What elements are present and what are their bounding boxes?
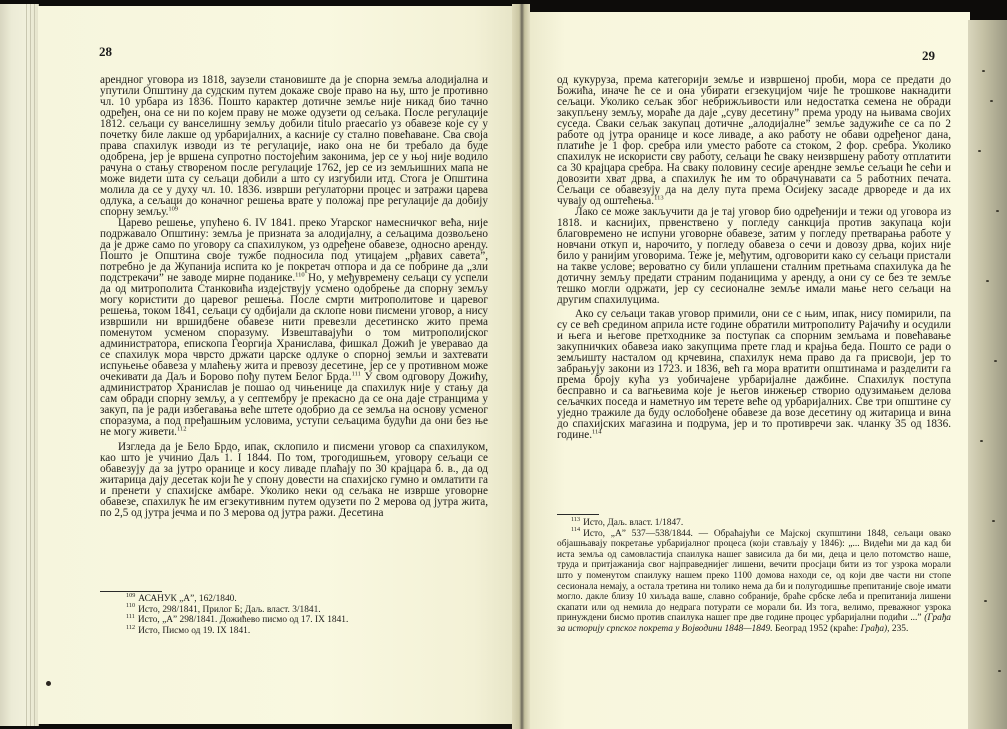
footnote-111: 111Исто, „А” 298/1841. Дожићево писмо од…	[126, 615, 486, 626]
left-page-stack-edge	[0, 4, 39, 726]
footnote-109: 109АСАНУК „А”, 162/1840.	[126, 594, 486, 605]
footnote-text: Исто, „А” 298/1841. Дожићево писмо од 17…	[138, 615, 349, 625]
footnote-text: Београд 1952 (краће:	[775, 624, 858, 634]
page-blemish	[46, 681, 51, 686]
right-page-body: од кукуруза, према категорији земље и из…	[557, 75, 951, 441]
left-page: 28 арендног уговора из 1818, заузели ста…	[38, 6, 512, 724]
paragraph: Изгледа да је Бело Брдо, ипак, склопило …	[100, 442, 488, 519]
paragraph-text: У свом одговору Дожићу, администратор Хр…	[100, 371, 488, 438]
right-page-stack-edge	[968, 20, 1007, 729]
footnote-number: 109	[126, 592, 135, 599]
page-number-right: 29	[922, 48, 935, 64]
footnote-number: 114	[571, 526, 580, 533]
open-book: 28 арендног уговора из 1818, заузели ста…	[0, 0, 1007, 729]
footnote-ref[interactable]: 111	[352, 370, 361, 377]
citation-short-title: Грађа),	[860, 624, 889, 634]
paragraph-text: арендног уговора из 1818, заузели станов…	[100, 74, 488, 218]
footnote-text: Исто, Даљ. власт. 1/1847.	[583, 518, 683, 528]
paragraph: Царево решење, упућено 6. IV 1841. преко…	[100, 218, 488, 438]
right-footnotes: 113Исто, Даљ. власт. 1/1847. 114Исто, „А…	[557, 518, 951, 635]
paragraph: Ако су сељаци такав уговор примили, они …	[557, 309, 951, 441]
footnote-114: 114Исто, „А” 537—538/1844. — Обраћајући …	[557, 529, 951, 635]
footnote-text: Исто, „А” 537—538/1844. — Обраћајући се …	[557, 529, 951, 624]
footnote-ref[interactable]: 112	[177, 425, 187, 432]
paragraph-text: Но, у међувремену сељаци су успели да од…	[100, 272, 488, 383]
footnote-text: Исто, 298/1841, Прилог Б; Даљ. власт. 3/…	[138, 605, 321, 615]
footnote-ref[interactable]: 113	[654, 194, 664, 201]
footnote-number: 110	[126, 602, 135, 609]
footnote-ref[interactable]: 109	[168, 205, 178, 212]
footnote-112: 112Исто, Писмо од 19. IX 1841.	[126, 626, 486, 637]
paragraph-text: Изгледа да је Бело Брдо, ипак, склопило …	[100, 441, 488, 519]
paragraph: од кукуруза, према категорији земље и из…	[557, 75, 951, 207]
paragraph-text: Ако су сељаци такав уговор примили, они …	[557, 308, 951, 441]
footnote-page: 235.	[892, 624, 908, 634]
footnote-ref[interactable]: 114	[592, 428, 602, 435]
paragraph: Лако се може закључити да је тај уговор …	[557, 207, 951, 306]
footnote-113: 113Исто, Даљ. власт. 1/1847.	[557, 518, 951, 529]
left-footnotes: 109АСАНУК „А”, 162/1840. 110Исто, 298/18…	[126, 594, 486, 636]
footnote-divider	[557, 514, 599, 515]
paragraph: арендног уговора из 1818, заузели станов…	[100, 75, 488, 218]
right-page: 29 од кукуруза, према категорији земље и…	[530, 12, 970, 729]
paragraph-text: од кукуруза, према категорији земље и из…	[557, 74, 951, 207]
footnote-number: 111	[126, 613, 135, 620]
book-gutter	[512, 4, 530, 729]
footnote-text: Исто, Писмо од 19. IX 1841.	[138, 626, 250, 636]
page-number-left: 28	[99, 44, 112, 60]
paragraph-text: Лако се може закључити да је тај уговор …	[557, 206, 951, 306]
footnote-number: 113	[571, 516, 580, 523]
footnote-number: 112	[126, 624, 135, 631]
footnote-110: 110Исто, 298/1841, Прилог Б; Даљ. власт.…	[126, 605, 486, 616]
left-page-body: арендног уговора из 1818, заузели станов…	[100, 75, 488, 519]
footnote-text: АСАНУК „А”, 162/1840.	[138, 594, 236, 604]
footnote-ref[interactable]: 110	[295, 271, 305, 278]
